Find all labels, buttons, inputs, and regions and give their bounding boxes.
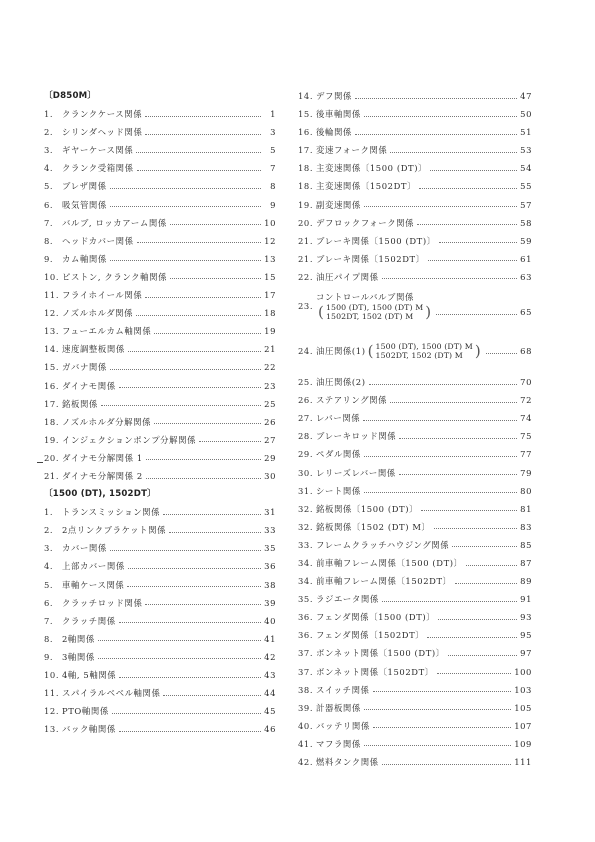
entry-title: 車軸ケース関係 xyxy=(62,576,124,594)
entry-title: ダイナモ分解関係 1 xyxy=(62,449,143,467)
entry-page-number: 89 xyxy=(520,572,532,590)
entry-title: コントロールバルブ関係 xyxy=(316,291,532,303)
dot-leader xyxy=(437,672,511,674)
entry-number: 28. xyxy=(298,427,316,445)
dot-leader xyxy=(101,404,261,406)
entry-number: 4. xyxy=(44,557,62,575)
toc-entry[interactable]: 30.レリーズレバー関係79 xyxy=(298,464,532,482)
entry-page-number: 85 xyxy=(520,536,532,554)
toc-entry-hydraulics-1[interactable]: 24. 油圧関係(1) ( 1500 (DT), 1500 (DT) M 150… xyxy=(298,329,532,373)
entry-number: 32. xyxy=(298,518,316,536)
dot-leader xyxy=(382,600,517,602)
entry-page-number: 59 xyxy=(520,232,532,250)
toc-entry[interactable]: 40.バッテリ関係107 xyxy=(298,717,532,735)
toc-entry[interactable]: 16.ダイナモ関係23 xyxy=(44,377,276,395)
entry-page-number: 43 xyxy=(264,666,276,684)
margin-mark xyxy=(37,462,43,463)
entry-title: 4軸, 5軸関係 xyxy=(62,666,116,684)
entry-number: 33. xyxy=(298,536,316,554)
dot-leader xyxy=(355,133,517,135)
entry-number: 10. xyxy=(44,268,62,286)
entry-number: 18. xyxy=(298,159,316,177)
toc-entry[interactable]: 18.主変速関係〔1502DT〕55 xyxy=(298,177,532,195)
entry-number: 13. xyxy=(44,322,62,340)
toc-entry[interactable]: 37.ボンネット関係〔1502DT〕100 xyxy=(298,663,532,681)
toc-entry[interactable]: 7.バルブ, ロッカアーム関係10 xyxy=(44,214,276,232)
entry-title: ブレーキ関係〔1502DT〕 xyxy=(316,250,425,268)
entry-title: フライホイール関係 xyxy=(62,286,142,304)
entry-title: ボンネット関係〔1502DT〕 xyxy=(316,663,434,681)
dot-leader xyxy=(169,531,261,533)
model-bracket: ( 1500 (DT), 1500 (DT) M 1502DT, 1502 (D… xyxy=(316,303,433,321)
dot-leader xyxy=(364,455,517,457)
toc-entry[interactable]: 9.カム軸関係13 xyxy=(44,250,276,268)
entry-title: ペダル関係 xyxy=(316,445,361,463)
entry-number: 5. xyxy=(44,177,62,195)
entry-title: 燃料タンク関係 xyxy=(316,753,379,771)
dot-leader xyxy=(419,187,517,189)
entry-page-number: 87 xyxy=(520,554,532,572)
entry-number: 22. xyxy=(298,268,316,286)
toc-entry[interactable]: 19.副変速関係57 xyxy=(298,196,532,214)
dot-leader xyxy=(145,296,261,298)
entry-number: 35. xyxy=(298,590,316,608)
toc-entry[interactable]: 19.インジェクションポンプ分解関係27 xyxy=(44,431,276,449)
entry-title: 油圧関係(1) xyxy=(316,346,366,356)
entry-page-number: 93 xyxy=(520,608,532,626)
dot-leader xyxy=(364,744,511,746)
toc-entry[interactable]: 1.トランスミッション関係31 xyxy=(44,503,276,521)
dot-leader xyxy=(428,259,517,261)
entry-page-number: 5 xyxy=(264,141,276,159)
entry-title: ダイナモ分解関係 2 xyxy=(62,467,143,485)
toc-entry[interactable]: 31.シート関係80 xyxy=(298,482,532,500)
entry-number: 17. xyxy=(298,141,316,159)
entry-page-number: 75 xyxy=(520,427,532,445)
entry-page-number: 46 xyxy=(264,720,276,738)
model-bracket: ( 1500 (DT), 1500 (DT) M 1502DT, 1502 (D… xyxy=(366,342,483,360)
entry-page-number: 70 xyxy=(520,373,532,391)
dot-leader xyxy=(112,712,261,714)
entry-title: ラジエータ関係 xyxy=(316,590,379,608)
toc-entry[interactable]: 3.カバー関係35 xyxy=(44,539,276,557)
toc-entry[interactable]: 8.ヘッドカバー関係12 xyxy=(44,232,276,250)
entry-number: 25. xyxy=(298,373,316,391)
entry-page-number: 26 xyxy=(264,413,276,431)
toc-entry[interactable]: 33.フレームクラッチハウジング関係85 xyxy=(298,536,532,554)
model-line-1: 1500 (DT), 1500 (DT) M xyxy=(326,303,423,312)
toc-left-column: 〔D850M〕 1.クランクケース関係12.シリンダヘッド関係33.ギヤーケース… xyxy=(44,87,276,738)
toc-right-column: 14.デフ関係4715.後車軸関係5016.後輪関係5117.変速フォーク関係5… xyxy=(298,87,532,771)
entry-number: 8. xyxy=(44,630,62,648)
entry-title: クラッチロッド関係 xyxy=(62,594,142,612)
toc-entry[interactable]: 14.デフ関係47 xyxy=(298,87,532,105)
entry-title: バック軸関係 xyxy=(62,720,116,738)
entry-title: クランクケース関係 xyxy=(62,105,142,123)
toc-entry[interactable]: 5.車軸ケース関係38 xyxy=(44,576,276,594)
entry-number: 2. xyxy=(44,123,62,141)
entry-page-number: 23 xyxy=(264,377,276,395)
toc-entry[interactable]: 21.ダイナモ分解関係 230 xyxy=(44,467,276,485)
entry-page-number: 95 xyxy=(520,626,532,644)
toc-entry[interactable]: 18.ノズルホルダ分解関係26 xyxy=(44,413,276,431)
toc-entry[interactable]: 41.マフラ関係109 xyxy=(298,735,532,753)
toc-entry[interactable]: 15.ガバナ関係22 xyxy=(44,358,276,376)
section-header-d850m: 〔D850M〕 xyxy=(44,87,276,105)
toc-entry[interactable]: 37.ボンネット関係〔1500 (DT)〕97 xyxy=(298,644,532,662)
entry-page-number: 55 xyxy=(520,177,532,195)
toc-entry[interactable]: 12.ノズルホルダ関係18 xyxy=(44,304,276,322)
entry-number: 23. xyxy=(298,301,316,311)
entry-title: ブレーキロッド関係 xyxy=(316,427,396,445)
dot-leader xyxy=(146,477,261,479)
entry-page-number: 17 xyxy=(264,286,276,304)
entry-page-number: 27 xyxy=(264,431,276,449)
toc-entry[interactable]: 10.4軸, 5軸関係43 xyxy=(44,666,276,684)
dot-leader xyxy=(110,549,261,551)
toc-entry[interactable]: 42.燃料タンク関係111 xyxy=(298,753,532,771)
entry-page-number: 35 xyxy=(264,539,276,557)
entry-title: 後輪関係 xyxy=(316,123,352,141)
toc-entry[interactable]: 34.前車軸フレーム関係〔1500 (DT)〕87 xyxy=(298,554,532,572)
entry-title: 計器板関係 xyxy=(316,699,361,717)
dot-leader xyxy=(421,509,517,511)
toc-entry[interactable]: 21.ブレーキ関係〔1500 (DT)〕59 xyxy=(298,232,532,250)
toc-entry[interactable]: 9.3軸関係42 xyxy=(44,648,276,666)
toc-entry[interactable]: 7.クラッチ関係40 xyxy=(44,612,276,630)
entry-number: 41. xyxy=(298,735,316,753)
entry-title: 速度調整板関係 xyxy=(62,340,125,358)
dot-leader xyxy=(430,169,517,171)
toc-entry[interactable]: 39.計器板関係105 xyxy=(298,699,532,717)
entry-title: レバー関係 xyxy=(316,409,360,427)
section-header-1500dt-1502dt: 〔1500 (DT), 1502DT〕 xyxy=(44,485,276,503)
entry-number: 6. xyxy=(44,594,62,612)
dot-leader xyxy=(373,690,512,692)
entry-page-number: 103 xyxy=(514,681,532,699)
entry-page-number: 40 xyxy=(264,612,276,630)
entry-title: 前車軸フレーム関係〔1500 (DT)〕 xyxy=(316,554,463,572)
entry-number: 21. xyxy=(298,250,316,268)
dot-leader xyxy=(145,133,261,135)
entry-number: 9. xyxy=(44,250,62,268)
dot-leader xyxy=(399,473,517,475)
entry-number: 7. xyxy=(44,214,62,232)
dot-leader xyxy=(136,151,261,153)
model-line-2: 1502DT, 1502 (DT) M xyxy=(376,351,473,360)
entry-number: 2. xyxy=(44,521,62,539)
dot-leader xyxy=(486,352,517,354)
entry-page-number: 42 xyxy=(264,648,276,666)
entry-page-number: 109 xyxy=(514,735,532,753)
entry-page-number: 54 xyxy=(520,159,532,177)
entry-page-number: 12 xyxy=(264,232,276,250)
entry-page-number: 63 xyxy=(520,268,532,286)
entry-page-number: 91 xyxy=(520,590,532,608)
toc-entry[interactable]: 32.銘板関係〔1502 (DT) M〕83 xyxy=(298,518,532,536)
dot-leader xyxy=(199,440,261,442)
dot-leader xyxy=(170,277,261,279)
toc-entry[interactable]: 36.フェンダ関係〔1500 (DT)〕93 xyxy=(298,608,532,626)
entry-page-number: 13 xyxy=(264,250,276,268)
toc-entry[interactable]: 8.2軸関係41 xyxy=(44,630,276,648)
toc-entry[interactable]: 36.フェンダ関係〔1502DT〕95 xyxy=(298,626,532,644)
dot-leader xyxy=(369,383,517,385)
toc-entry[interactable]: 13.フューエルカム軸関係19 xyxy=(44,322,276,340)
entry-number: 4. xyxy=(44,159,62,177)
entry-title: ボンネット関係〔1500 (DT)〕 xyxy=(316,644,445,662)
entry-title: インジェクションポンプ分解関係 xyxy=(62,431,196,449)
toc-entry[interactable]: 2.2点リンクブラケット関係33 xyxy=(44,521,276,539)
dot-leader xyxy=(382,763,512,765)
dot-leader xyxy=(170,223,261,225)
toc-entry[interactable]: 11.スパイラルベベル軸関係44 xyxy=(44,684,276,702)
entry-number: 10. xyxy=(44,666,62,684)
entry-number: 6. xyxy=(44,196,62,214)
entry-page-number: 107 xyxy=(514,717,532,735)
toc-entry[interactable]: 4.クランク受箱関係7 xyxy=(44,159,276,177)
entry-page-number: 45 xyxy=(264,702,276,720)
dot-leader xyxy=(364,708,511,710)
entry-title: カム軸関係 xyxy=(62,250,107,268)
entry-title: PTO軸関係 xyxy=(62,702,109,720)
toc-entry[interactable]: 13.バック軸関係46 xyxy=(44,720,276,738)
entry-title: ノズルホルダ分解関係 xyxy=(62,413,151,431)
model-line-2: 1502DT, 1502 (DT) M xyxy=(326,312,423,321)
entry-title: フューエルカム軸関係 xyxy=(62,322,151,340)
toc-entry[interactable]: 25.油圧関係(2)70 xyxy=(298,373,532,391)
entry-title: ヘッドカバー関係 xyxy=(62,232,134,250)
entry-page-number: 72 xyxy=(520,391,532,409)
dot-leader xyxy=(127,585,261,587)
toc-entry[interactable]: 3.ギヤーケース関係5 xyxy=(44,141,276,159)
entry-page-number: 105 xyxy=(514,699,532,717)
dot-leader xyxy=(163,694,261,696)
dot-leader xyxy=(110,259,261,261)
entry-title: 3軸関係 xyxy=(62,648,95,666)
entry-page-number: 61 xyxy=(520,250,532,268)
toc-entry[interactable]: 21.ブレーキ関係〔1502DT〕61 xyxy=(298,250,532,268)
entry-number: 24. xyxy=(298,346,316,356)
toc-entry[interactable]: 17.変速フォーク関係53 xyxy=(298,141,532,159)
entry-page-number: 111 xyxy=(514,753,532,771)
toc-entry[interactable]: 6.吸気管関係9 xyxy=(44,196,276,214)
entry-number: 19. xyxy=(44,431,62,449)
dot-leader xyxy=(110,187,261,189)
dot-leader xyxy=(417,223,517,225)
entry-number: 21. xyxy=(298,232,316,250)
toc-entry[interactable]: 26.ステアリング関係72 xyxy=(298,391,532,409)
dot-leader xyxy=(119,730,261,732)
dot-leader xyxy=(390,151,517,153)
entry-title: 吸気管関係 xyxy=(62,196,107,214)
entry-page-number: 30 xyxy=(264,467,276,485)
entry-number: 19. xyxy=(298,196,316,214)
entry-number: 20. xyxy=(298,214,316,232)
entry-number: 5. xyxy=(44,576,62,594)
toc-entry[interactable]: 32.銘板関係〔1500 (DT)〕81 xyxy=(298,500,532,518)
dot-leader xyxy=(119,676,261,678)
dot-leader xyxy=(146,458,261,460)
entry-page-number: 51 xyxy=(520,123,532,141)
entry-title: シート関係 xyxy=(316,482,361,500)
entry-title: ガバナ関係 xyxy=(62,358,107,376)
entry-page-number: 19 xyxy=(264,322,276,340)
entry-number: 18. xyxy=(298,177,316,195)
entry-number: 16. xyxy=(44,377,62,395)
toc-entry[interactable]: 16.後輪関係51 xyxy=(298,123,532,141)
dot-leader xyxy=(98,639,261,641)
toc-entry[interactable]: 15.後車軸関係50 xyxy=(298,105,532,123)
toc-entry[interactable]: 20.ダイナモ分解関係 129 xyxy=(44,449,276,467)
entry-page-number: 7 xyxy=(264,159,276,177)
dot-leader xyxy=(373,726,511,728)
entry-number: 37. xyxy=(298,644,316,662)
entry-title: ギヤーケース関係 xyxy=(62,141,133,159)
toc-entry[interactable]: 6.クラッチロッド関係39 xyxy=(44,594,276,612)
entry-page-number: 57 xyxy=(520,196,532,214)
entry-page-number: 81 xyxy=(520,500,532,518)
toc-entry[interactable]: 29.ペダル関係77 xyxy=(298,445,532,463)
dot-leader xyxy=(119,386,261,388)
toc-entry[interactable]: 14.速度調整板関係21 xyxy=(44,340,276,358)
toc-entry[interactable]: 35.ラジエータ関係91 xyxy=(298,590,532,608)
entry-title: デフロックフォーク関係 xyxy=(316,214,414,232)
entry-page-number: 58 xyxy=(520,214,532,232)
entry-number: 37. xyxy=(298,663,316,681)
entry-title: 2軸関係 xyxy=(62,630,95,648)
entry-title: 変速フォーク関係 xyxy=(316,141,387,159)
dot-leader xyxy=(427,636,517,638)
entry-title: トランスミッション関係 xyxy=(62,503,160,521)
entry-page-number: 33 xyxy=(264,521,276,539)
dot-leader xyxy=(364,491,517,493)
entry-number: 34. xyxy=(298,572,316,590)
entry-number: 34. xyxy=(298,554,316,572)
entry-number: 18. xyxy=(44,413,62,431)
entry-title: クランク受箱関係 xyxy=(62,159,134,177)
entry-page-number: 10 xyxy=(264,214,276,232)
toc-entry[interactable]: 22.油圧パイプ関係63 xyxy=(298,268,532,286)
entry-number: 9. xyxy=(44,648,62,666)
entry-page-number: 74 xyxy=(520,409,532,427)
entry-number: 30. xyxy=(298,464,316,482)
entry-page-number: 21 xyxy=(264,340,276,358)
toc-entry[interactable]: 34.前車軸フレーム関係〔1502DT〕89 xyxy=(298,572,532,590)
toc-entry[interactable]: 27.レバー関係74 xyxy=(298,409,532,427)
entry-page-number: 22 xyxy=(264,358,276,376)
dot-leader xyxy=(163,513,261,515)
entry-title: スイッチ関係 xyxy=(316,681,370,699)
entry-page-number: 41 xyxy=(264,630,276,648)
entry-title: ノズルホルダ関係 xyxy=(62,304,133,322)
toc-entry[interactable]: 5.ブレザ関係8 xyxy=(44,177,276,195)
toc-entry[interactable]: 18.主変速関係〔1500 (DT)〕54 xyxy=(298,159,532,177)
toc-entry[interactable]: 1.クランクケース関係1 xyxy=(44,105,276,123)
dot-leader xyxy=(436,313,517,315)
entry-number: 16. xyxy=(298,123,316,141)
entry-number: 40. xyxy=(298,717,316,735)
entry-title: 2点リンクブラケット関係 xyxy=(62,521,166,539)
toc-entry[interactable]: 20.デフロックフォーク関係58 xyxy=(298,214,532,232)
entry-title: シリンダヘッド関係 xyxy=(62,123,142,141)
entry-number: 36. xyxy=(298,608,316,626)
dot-leader xyxy=(438,618,517,620)
entry-page-number: 44 xyxy=(264,684,276,702)
entry-page-number: 39 xyxy=(264,594,276,612)
entry-title: 主変速関係〔1502DT〕 xyxy=(316,177,416,195)
entry-number: 32. xyxy=(298,500,316,518)
entry-title: マフラ関係 xyxy=(316,735,361,753)
toc-entry[interactable]: 28.ブレーキロッド関係75 xyxy=(298,427,532,445)
entry-title: 油圧関係(2) xyxy=(316,373,366,391)
entry-number: 39. xyxy=(298,699,316,717)
entry-title: クラッチ関係 xyxy=(62,612,116,630)
entry-page-number: 36 xyxy=(264,557,276,575)
dot-leader xyxy=(136,314,261,316)
dot-leader xyxy=(364,115,517,117)
toc-entry[interactable]: 38.スイッチ関係103 xyxy=(298,681,532,699)
entry-title: 主変速関係〔1500 (DT)〕 xyxy=(316,159,427,177)
entry-page-number: 3 xyxy=(264,123,276,141)
model-line-1: 1500 (DT), 1500 (DT) M xyxy=(376,342,473,351)
table-of-contents-page: 〔D850M〕 1.クランクケース関係12.シリンダヘッド関係33.ギヤーケース… xyxy=(0,0,595,842)
dot-leader xyxy=(399,437,517,439)
dot-leader xyxy=(137,241,261,243)
entry-page-number: 9 xyxy=(264,196,276,214)
entry-title: 銘板関係 xyxy=(62,395,98,413)
entry-number: 15. xyxy=(298,105,316,123)
entry-number: 11. xyxy=(44,684,62,702)
dot-leader xyxy=(390,401,517,403)
entry-page-number: 50 xyxy=(520,105,532,123)
toc-entry[interactable]: 4.上部カバー関係36 xyxy=(44,557,276,575)
entry-number: 13. xyxy=(44,720,62,738)
toc-entry[interactable]: 12.PTO軸関係45 xyxy=(44,702,276,720)
entry-page-number: 47 xyxy=(520,87,532,105)
entry-number: 15. xyxy=(44,358,62,376)
toc-entry[interactable]: 10.ピストン, クランク軸関係15 xyxy=(44,268,276,286)
dot-leader xyxy=(434,527,518,529)
dot-leader xyxy=(154,422,261,424)
entry-title: ブレーキ関係〔1500 (DT)〕 xyxy=(316,232,436,250)
dot-leader xyxy=(452,545,517,547)
entry-title: ブレザ関係 xyxy=(62,177,107,195)
toc-entry-control-valve[interactable]: 23. コントロールバルブ関係 ( 1500 (DT), 1500 (DT) M… xyxy=(298,286,532,329)
dot-leader xyxy=(145,115,261,117)
toc-entry[interactable]: 11.フライホイール関係17 xyxy=(44,286,276,304)
entry-number: 3. xyxy=(44,141,62,159)
dot-leader xyxy=(439,241,517,243)
entry-title: デフ関係 xyxy=(316,87,352,105)
entry-title: フレームクラッチハウジング関係 xyxy=(316,536,449,554)
entry-title: フェンダ関係〔1502DT〕 xyxy=(316,626,424,644)
toc-entry[interactable]: 17.銘板関係25 xyxy=(44,395,276,413)
entry-title: フェンダ関係〔1500 (DT)〕 xyxy=(316,608,435,626)
toc-entry[interactable]: 2.シリンダヘッド関係3 xyxy=(44,123,276,141)
dot-leader xyxy=(154,332,261,334)
entry-number: 14. xyxy=(298,87,316,105)
dot-leader xyxy=(110,368,261,370)
entry-page-number: 25 xyxy=(264,395,276,413)
entry-number: 36. xyxy=(298,626,316,644)
entry-number: 1. xyxy=(44,503,62,521)
entry-number: 29. xyxy=(298,445,316,463)
dot-leader xyxy=(382,277,517,279)
entry-page-number: 31 xyxy=(264,503,276,521)
dot-leader xyxy=(466,564,517,566)
entry-title: 銘板関係〔1502 (DT) M〕 xyxy=(316,518,431,536)
